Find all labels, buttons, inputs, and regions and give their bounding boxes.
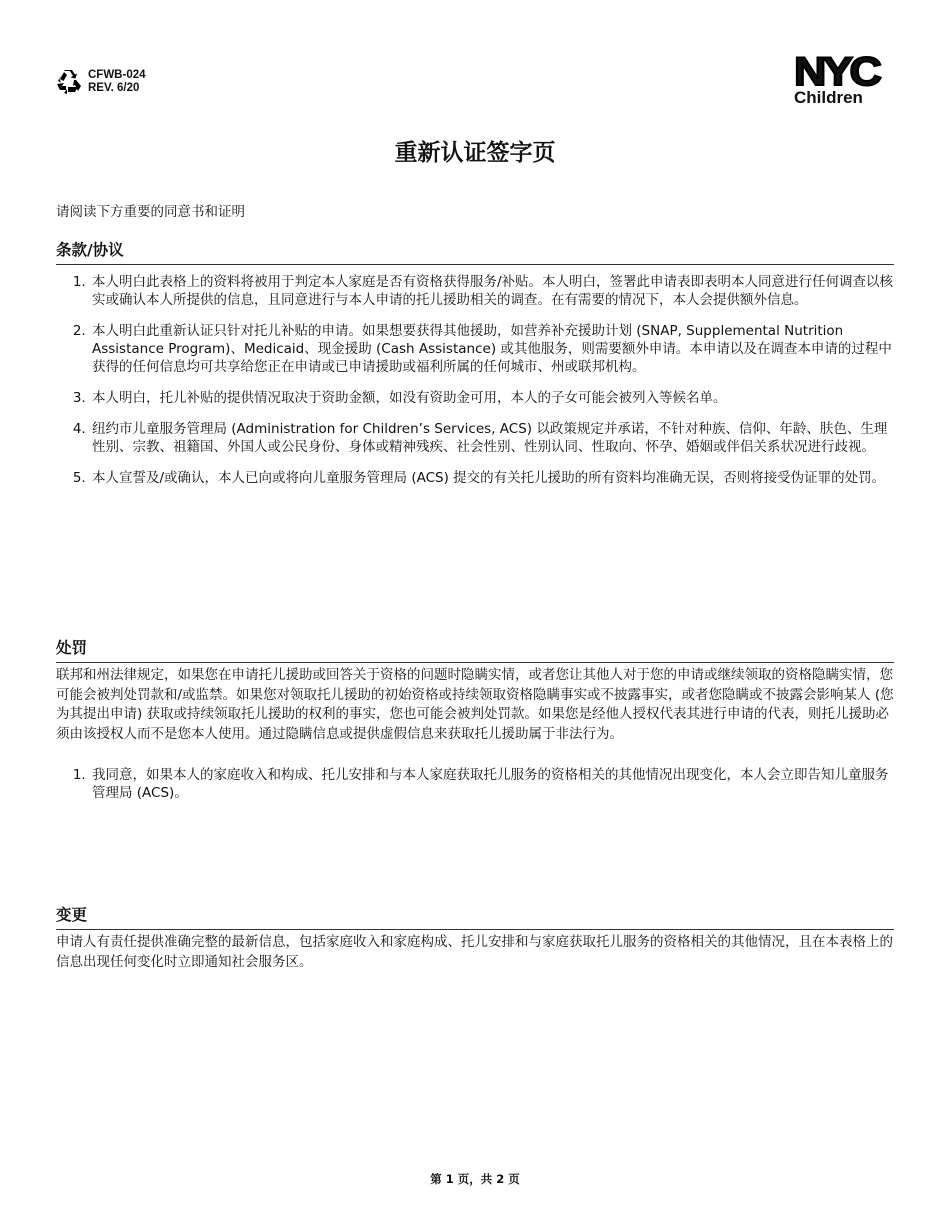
terms-item: 本人明白此表格上的资料将被用于判定本人家庭是否有资格获得服务/补贴。本人明白，签… [90, 273, 894, 309]
page-number: 第 1 页，共 2 页 [0, 1171, 950, 1187]
logo-nyc-text: NYC [794, 55, 906, 89]
terms-item: 本人宣誓及/或确认，本人已向或将向儿童服务管理局 (ACS) 提交的有关托儿援助… [90, 469, 894, 487]
penalties-item: 我同意，如果本人的家庭收入和构成、托儿安排和与本人家庭获取托儿服务的资格相关的其… [90, 766, 894, 802]
form-revision: REV. 6/20 [88, 82, 146, 95]
penalties-list: 我同意，如果本人的家庭收入和构成、托儿安排和与本人家庭获取托儿服务的资格相关的其… [56, 766, 894, 802]
terms-heading: 条款/协议 [56, 238, 894, 265]
terms-item: 本人明白，托儿补贴的提供情况取决于资助金额，如没有资助金可用，本人的子女可能会被… [90, 389, 894, 407]
recycle-icon [56, 69, 82, 95]
penalties-paragraph: 联邦和州法律规定，如果您在申请托儿援助或回答关于资格的问题时隐瞒实情，或者您让其… [56, 666, 894, 744]
terms-item: 本人明白此重新认证只针对托儿补贴的申请。如果想要获得其他援助，如营养补充援助计划… [90, 322, 894, 376]
terms-list: 本人明白此表格上的资料将被用于判定本人家庭是否有资格获得服务/补贴。本人明白，签… [56, 273, 894, 487]
terms-section: 条款/协议 本人明白此表格上的资料将被用于判定本人家庭是否有资格获得服务/补贴。… [56, 238, 894, 500]
form-code: CFWB-024 [88, 69, 146, 82]
changes-paragraph: 申请人有责任提供准确完整的最新信息，包括家庭收入和家庭构成、托儿安排和与家庭获取… [56, 933, 894, 972]
form-identifier: CFWB-024 REV. 6/20 [56, 69, 146, 95]
penalties-heading: 处罚 [56, 636, 894, 663]
terms-item: 纽约市儿童服务管理局 (Administration for Children’… [90, 420, 894, 456]
intro-text: 请阅读下方重要的同意书和证明 [56, 200, 245, 220]
changes-heading: 变更 [56, 903, 894, 930]
changes-section: 变更 申请人有责任提供准确完整的最新信息，包括家庭收入和家庭构成、托儿安排和与家… [56, 903, 894, 972]
nyc-children-logo: NYC Children [794, 55, 894, 107]
penalties-section: 处罚 联邦和州法律规定，如果您在申请托儿援助或回答关于资格的问题时隐瞒实情，或者… [56, 636, 894, 815]
page-title: 重新认证签字页 [0, 134, 950, 167]
